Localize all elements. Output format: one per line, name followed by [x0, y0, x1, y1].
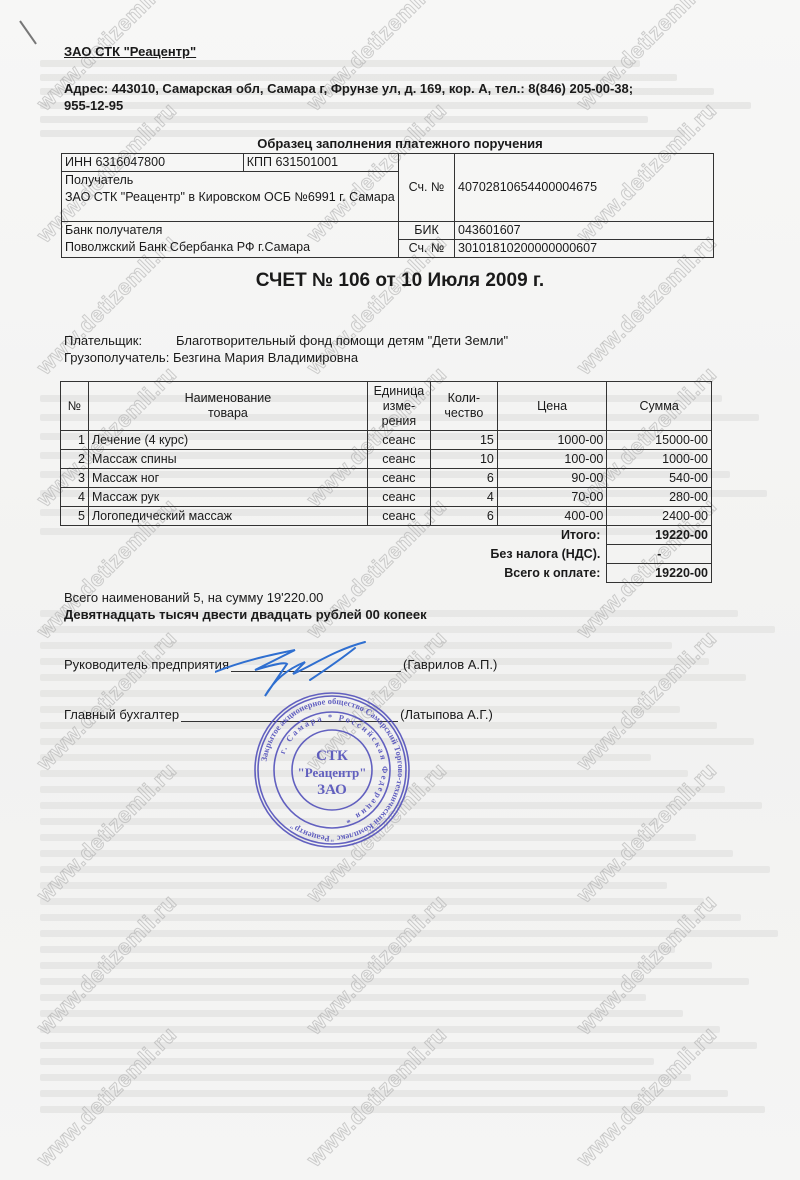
cell-qty: 10	[430, 450, 497, 469]
kpp-cell: КПП 631501001	[243, 154, 398, 172]
items-table: № Наименование товара Единица изме-рения…	[60, 381, 712, 583]
totals-row: Всего к оплате:19220-00	[61, 564, 712, 583]
cell-qty: 6	[430, 469, 497, 488]
svg-text:СТК: СТК	[316, 748, 348, 764]
table-row: 2Массаж спинысеанс10100-001000-00	[61, 450, 712, 469]
bleed-line	[40, 1106, 765, 1113]
header-num: №	[61, 382, 89, 431]
consignee-label: Грузополучатель:	[64, 350, 169, 365]
address-line: Адрес: 443010, Самарская обл, Самара г, …	[64, 80, 744, 97]
consignee-value: Безгина Мария Владимировна	[173, 350, 358, 365]
invoice-title: СЧЕТ № 106 от 10 Июля 2009 г.	[0, 270, 800, 292]
director-name: (Гаврилов А.П.)	[403, 657, 497, 672]
table-row: 4Массаж руксеанс470-00280-00	[61, 488, 712, 507]
header-sum: Сумма	[607, 382, 712, 431]
bleed-line	[40, 116, 648, 123]
bik-label: БИК	[399, 222, 455, 240]
totals-label: Без налога (НДС).	[61, 545, 607, 564]
recipient-cell: Получатель ЗАО СТК "Реацентр" в Кировско…	[62, 172, 399, 222]
header-name: Наименование товара	[88, 382, 367, 431]
cell-num: 2	[61, 450, 89, 469]
company-seal-icon: Закрытое акционерное общество Самарский …	[252, 690, 412, 850]
totals-value: 19220-00	[607, 564, 712, 583]
cell-qty: 4	[430, 488, 497, 507]
cell-sum: 540-00	[607, 469, 712, 488]
header-qty: Коли-чество	[430, 382, 497, 431]
cell-price: 90-00	[497, 469, 607, 488]
cell-sum: 280-00	[607, 488, 712, 507]
cell-name: Массаж ног	[88, 469, 367, 488]
payment-form-table: ИНН 6316047800 КПП 631501001 Сч. № 40702…	[61, 153, 714, 258]
company-name: ЗАО СТК "Реацентр"	[64, 44, 196, 59]
cell-price: 400-00	[497, 507, 607, 526]
totals-value: 19220-00	[607, 526, 712, 545]
totals-label: Итого:	[61, 526, 607, 545]
cell-sum: 2400-00	[607, 507, 712, 526]
accountant-name: (Латыпова А.Г.)	[400, 707, 493, 722]
account-label: Сч. №	[399, 154, 455, 222]
totals-value: -	[607, 545, 712, 564]
cell-sum: 1000-00	[607, 450, 712, 469]
bleed-line	[40, 898, 704, 905]
inn-cell: ИНН 6316047800	[62, 154, 244, 172]
bank-label: Банк получателя	[65, 222, 395, 239]
amount-in-words: Девятнадцать тысяч двести двадцать рубле…	[64, 606, 427, 623]
table-row: 1Лечение (4 курс)сеанс151000-0015000-00	[61, 431, 712, 450]
bleed-line	[40, 866, 770, 873]
cell-sum: 15000-00	[607, 431, 712, 450]
cell-unit: сеанс	[367, 469, 430, 488]
recipient-value: ЗАО СТК "Реацентр" в Кировском ОСБ №6991…	[65, 189, 395, 206]
totals-label: Всего к оплате:	[61, 564, 607, 583]
corr-account-value: 30101810200000000607	[455, 240, 714, 258]
summary-block: Всего наименований 5, на сумму 19'220.00…	[64, 589, 427, 623]
account-value: 40702810654400004675	[455, 154, 714, 222]
items-count-line: Всего наименований 5, на сумму 19'220.00	[64, 589, 427, 606]
totals-row: Итого:19220-00	[61, 526, 712, 545]
bank-value: Поволжский Банк Сбербанка РФ г.Самара	[65, 239, 395, 256]
bleed-line	[40, 626, 775, 633]
cell-name: Массаж спины	[88, 450, 367, 469]
svg-text:"Реацентр": "Реацентр"	[298, 765, 367, 780]
svg-text:ЗАО: ЗАО	[317, 782, 347, 798]
cell-num: 5	[61, 507, 89, 526]
payment-form-title: Образец заполнения платежного поручения	[0, 136, 800, 151]
header-price: Цена	[497, 382, 607, 431]
director-label: Руководитель предприятия	[64, 657, 229, 672]
cell-name: Массаж рук	[88, 488, 367, 507]
accountant-label: Главный бухгалтер	[64, 707, 179, 722]
address-phone: 955-12-95	[64, 97, 744, 114]
bleed-line	[40, 1026, 720, 1033]
cell-num: 3	[61, 469, 89, 488]
table-row: 3Массаж ногсеанс690-00540-00	[61, 469, 712, 488]
totals-row: Без налога (НДС).-	[61, 545, 712, 564]
bik-value: 043601607	[455, 222, 714, 240]
corr-account-label: Сч. №	[399, 240, 455, 258]
cell-name: Логопедический массаж	[88, 507, 367, 526]
cell-name: Лечение (4 курс)	[88, 431, 367, 450]
cell-unit: сеанс	[367, 450, 430, 469]
bank-cell: Банк получателя Поволжский Банк Сбербанк…	[62, 222, 399, 258]
table-row: 5Логопедический массажсеанс6400-002400-0…	[61, 507, 712, 526]
payer-block: Плательщик:Благотворительный фонд помощи…	[64, 332, 508, 366]
payer-value: Благотворительный фонд помощи детям "Дет…	[176, 333, 508, 348]
cell-unit: сеанс	[367, 431, 430, 450]
cell-price: 70-00	[497, 488, 607, 507]
payer-label: Плательщик:	[64, 332, 176, 349]
cell-price: 1000-00	[497, 431, 607, 450]
cell-num: 1	[61, 431, 89, 450]
header-unit: Единица изме-рения	[367, 382, 430, 431]
company-address: Адрес: 443010, Самарская обл, Самара г, …	[64, 80, 744, 114]
recipient-label: Получатель	[65, 172, 395, 189]
cell-num: 4	[61, 488, 89, 507]
cell-qty: 6	[430, 507, 497, 526]
cell-price: 100-00	[497, 450, 607, 469]
cell-unit: сеанс	[367, 507, 430, 526]
cell-unit: сеанс	[367, 488, 430, 507]
cell-qty: 15	[430, 431, 497, 450]
